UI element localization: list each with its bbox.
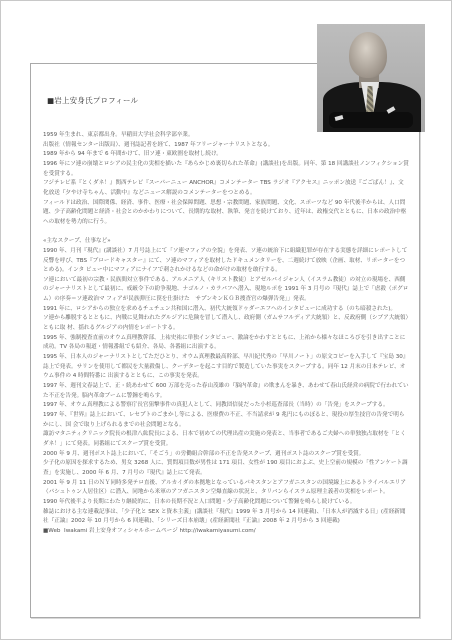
scoop-item: 雑誌における主な連載記事は、「少子化と SEX と資本主義」(講談社『現代』19… — [43, 508, 409, 527]
web-label: ■Web — [43, 528, 60, 534]
portrait-photo — [317, 24, 425, 132]
scoop-item: 1997 年、オウム真理教による警察庁長官狙撃事件の真犯人として、同教団信徒だっ… — [43, 401, 409, 411]
spacer — [43, 228, 409, 238]
scoop-item: 1990 年代後半より長期にわたり継続的に、日本の長期不況と人口問題・少子高齢化… — [43, 498, 409, 508]
profile-title: ■岩上安身氏プロフィール — [47, 95, 138, 106]
profile-content: 1959 年生まれ、東京都出身。早稲田大学社会科学部卒業。 出版社（情報センター… — [43, 131, 409, 537]
scoop-item: 1990 年、月刊『現代』(講談社）7 月号誌上にて「ソ連マフィアの全貌」を発表… — [43, 247, 409, 276]
scoop-item: 諏訪マタニティクリニック院長の根津八紘院長による、日本で初めての代理出産の実施の… — [43, 430, 409, 449]
scoops-heading: «主なスクープ、仕事など» — [43, 237, 409, 247]
scoop-item: 少子化の原因を探求するため、男女 3268 人に、質問項目数が男性は 171 項… — [43, 459, 409, 478]
bio-line: 1989 年から 94 年まで 6 年間かけて、旧ソ連・東欧圏を取材し続け。 — [43, 150, 409, 160]
photo-head — [349, 32, 387, 78]
scoop-item: 1997 年、週刊文春誌上で、正・続あわせて 600 万部を売った春山茂雄の『脳… — [43, 382, 409, 401]
scoop-item: 1991 年に、ロシアからの独立を求めるチェチェン共和国に潜入、初代大統領ドゥダ… — [43, 305, 409, 315]
web-line: ■Web Iwakami 岩上安身オフィシャルホームページ http://iwa… — [43, 527, 409, 537]
bio-line: 1959 年生まれ、東京都出身。早稲田大学社会科学部卒業。 — [43, 131, 409, 141]
scoop-item: 1995 年、強制捜査直前のオウム真理教幹部、上祐史祐に単独インタビュー、激論を… — [43, 334, 409, 353]
scoop-item: 1995 年、日本人のジャーナリストとしてただひとり、オウム真理教最高幹部、早川… — [43, 353, 409, 382]
bio-line: 出版社（情報センター出版局）、週刊誌記者を経て、1987 年フリージャーナリスト… — [43, 141, 409, 151]
scoop-item: 1997 年、『世界』誌上において、レセプトのごまかし等による、医療費の不正、不… — [43, 411, 409, 430]
scoop-item: 2001 年 9 月 11 日のＮＹ同時多発テロ直後、アルカイダの本拠地となって… — [43, 479, 409, 498]
bio-line: フジテレビ系『とくダネ！』関西テレビ『スーパーニュー ANCHOR』コメンテータ… — [43, 179, 409, 198]
scoop-item: ソ連において最初の宗教・民族間対立事件である、アルメニア人（キリスト教徒）とアゼ… — [43, 276, 409, 305]
scoop-item: ソ連から離脱するとともに、内戦に見舞われたグルジアに危険を冒して潜入し、政府側（… — [43, 314, 409, 333]
bio-line: フィールドは政治、国際関係、経済、事件、医療・社会保障問題、思想・宗教問題、家族… — [43, 199, 409, 228]
scoop-item: 2000 年 9 月、週刊ポスト誌上において、「そごう」の労働組合幹部の不正を告… — [43, 450, 409, 460]
web-url-link[interactable]: http://iwakamiyasumi.com/ — [180, 528, 256, 534]
web-text: Iwakami 岩上安身オフィシャルホームページ — [64, 528, 178, 534]
bio-line: 1996 年にソ連の崩壊とロシアの民主化の実相を描いた『あらかじめ裏切られた革命… — [43, 160, 409, 179]
